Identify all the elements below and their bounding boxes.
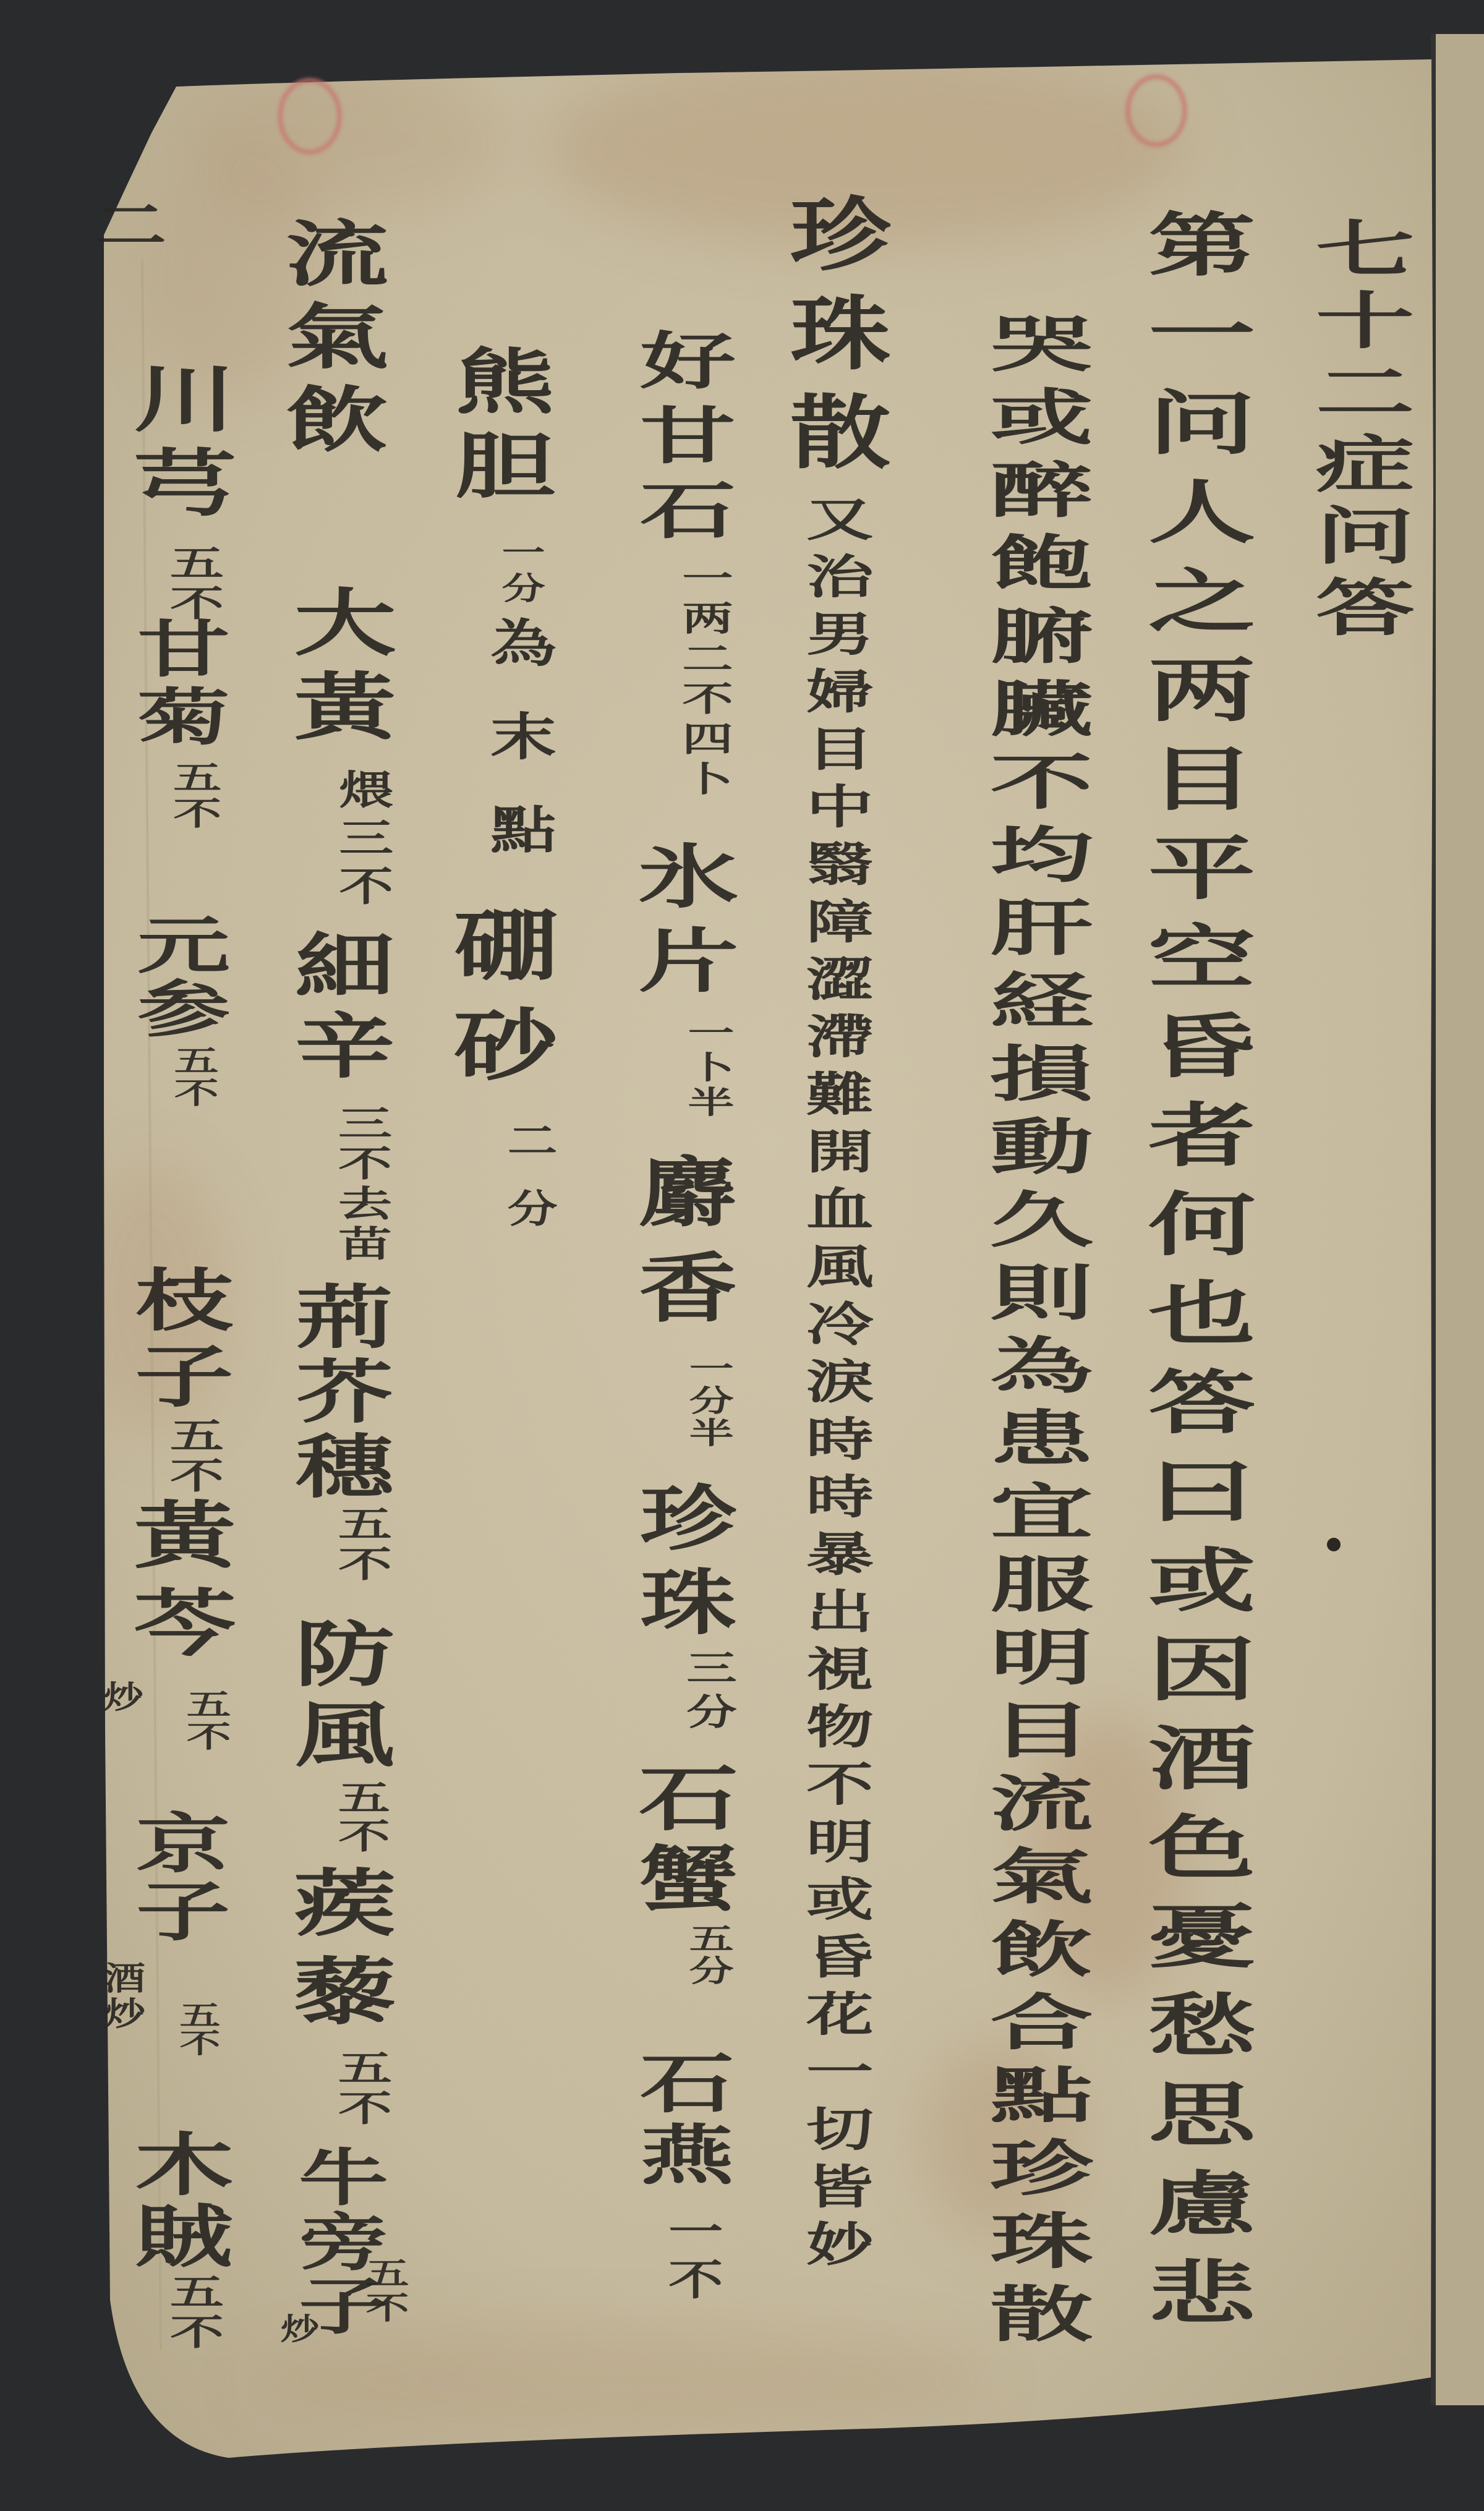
page-number: 二 <box>91 197 161 251</box>
ingredient-herb: 好甘石 <box>633 328 728 553</box>
ingredient-dose: 一不 <box>664 2209 719 2306</box>
ingredient-dose: 一两二不四卜 <box>678 560 730 801</box>
ingredient-dose: 二分 <box>503 1120 553 1256</box>
ink-dot <box>1327 1538 1341 1551</box>
preparation-note: 酒炒 <box>99 1961 141 2032</box>
ingredient-herb: 石燕 <box>633 2049 727 2193</box>
ingredient-herb: 大黃 <box>285 584 387 752</box>
ingredient-dose-group: 煨三不 <box>334 769 388 913</box>
question-line-2: 哭或醉飽腑臟不均肝経損動久則為患宜服明目流氣飲合點珍珠散 <box>981 312 1085 2355</box>
ingredient-herb: 防風 <box>286 1617 386 1778</box>
ingredient-dose: 五不 <box>166 2273 220 2353</box>
preparation-note: 為末點 <box>485 616 552 897</box>
ingredient-dose: 五不 <box>168 761 216 832</box>
ingredient-herb: 甘菊 <box>130 616 223 752</box>
ingredient-dose: 一分 <box>498 536 542 608</box>
ingredient-dose: 三不 <box>329 1104 392 1185</box>
ingredient-herb: 黃芩 <box>125 1497 227 1673</box>
adjacent-page-edge <box>1436 34 1484 2405</box>
ingredient-herb: 珍珠 <box>632 1481 728 1649</box>
page-title: 七十二症问答 <box>1308 216 1407 647</box>
ingredient-dose: 三不 <box>330 817 393 913</box>
ingredient-herb: 石蟹 <box>630 1761 730 1922</box>
ingredient-dose: 三分 <box>682 1649 732 1737</box>
ingredient-dose: 一卜半 <box>684 1017 731 1120</box>
ingredient-herb: 枝子 <box>127 1264 226 1417</box>
ingredient-dose: 五分 <box>685 1923 730 1987</box>
preparation-note: 煨 <box>330 769 393 817</box>
ingredient-herb: 元参 <box>130 913 223 1040</box>
ingredient-herb: 木賊 <box>127 2129 226 2272</box>
ingredient-dose: 五不 <box>334 2049 388 2129</box>
ingredient-dose: 五不 <box>175 2001 216 2057</box>
preparation-note: 炒 <box>100 1681 140 1712</box>
ingredient-dose-group: 三不去苗 <box>334 1104 388 1265</box>
ingredient-dose: 五不 <box>182 1689 227 1753</box>
formula-title-zhenzhu-san: 珍珠散 <box>782 192 883 489</box>
ingredient-dose: 五不 <box>170 1045 215 1109</box>
manuscript-spread: 二 七十二症问答 第一问人之两目平空昏者何也答曰或因酒色憂愁思慮悲 哭或醉飽腑臟… <box>0 0 1484 2511</box>
ingredient-herb: 熊胆 <box>446 344 546 513</box>
preparation-note: 炒 <box>277 2313 315 2343</box>
ingredient-dose: 五不 <box>334 1505 388 1585</box>
ingredient-herb: 川芎 <box>125 360 227 529</box>
ingredient-herb: 麝香 <box>631 1153 730 1344</box>
ingredient-herb: 氷片 <box>630 840 730 1008</box>
ingredient-dose: 五不 <box>166 1417 220 1497</box>
ingredient-herb: 細辛 <box>286 929 386 1088</box>
ingredient-dose: 五不 <box>335 1780 386 1856</box>
formula-title-liuqi-yin: 流氣飲 <box>276 216 380 465</box>
ingredient-dose: 一分半 <box>685 1353 730 1449</box>
ingredient-dose: 五不 <box>362 2257 406 2326</box>
preparation-note: 去苗 <box>329 1185 392 1265</box>
ingredient-dose: 五不 <box>166 544 220 625</box>
ingredient-herb: 京子 <box>129 1809 223 1945</box>
ingredient-herb: 荊芥穗 <box>288 1281 385 1505</box>
question-line-1: 第一问人之两目平空昏者何也答曰或因酒色憂愁思慮悲 <box>1139 208 1247 2345</box>
ingredient-herb: 蒺藜 <box>285 1865 387 2042</box>
ingredient-herb: 硼砂 <box>444 905 548 1104</box>
formula-indication: 又治男婦目中翳障澀滯難開血風冷淚時時暴出視物不明或昏花一切皆妙 <box>801 495 868 2277</box>
